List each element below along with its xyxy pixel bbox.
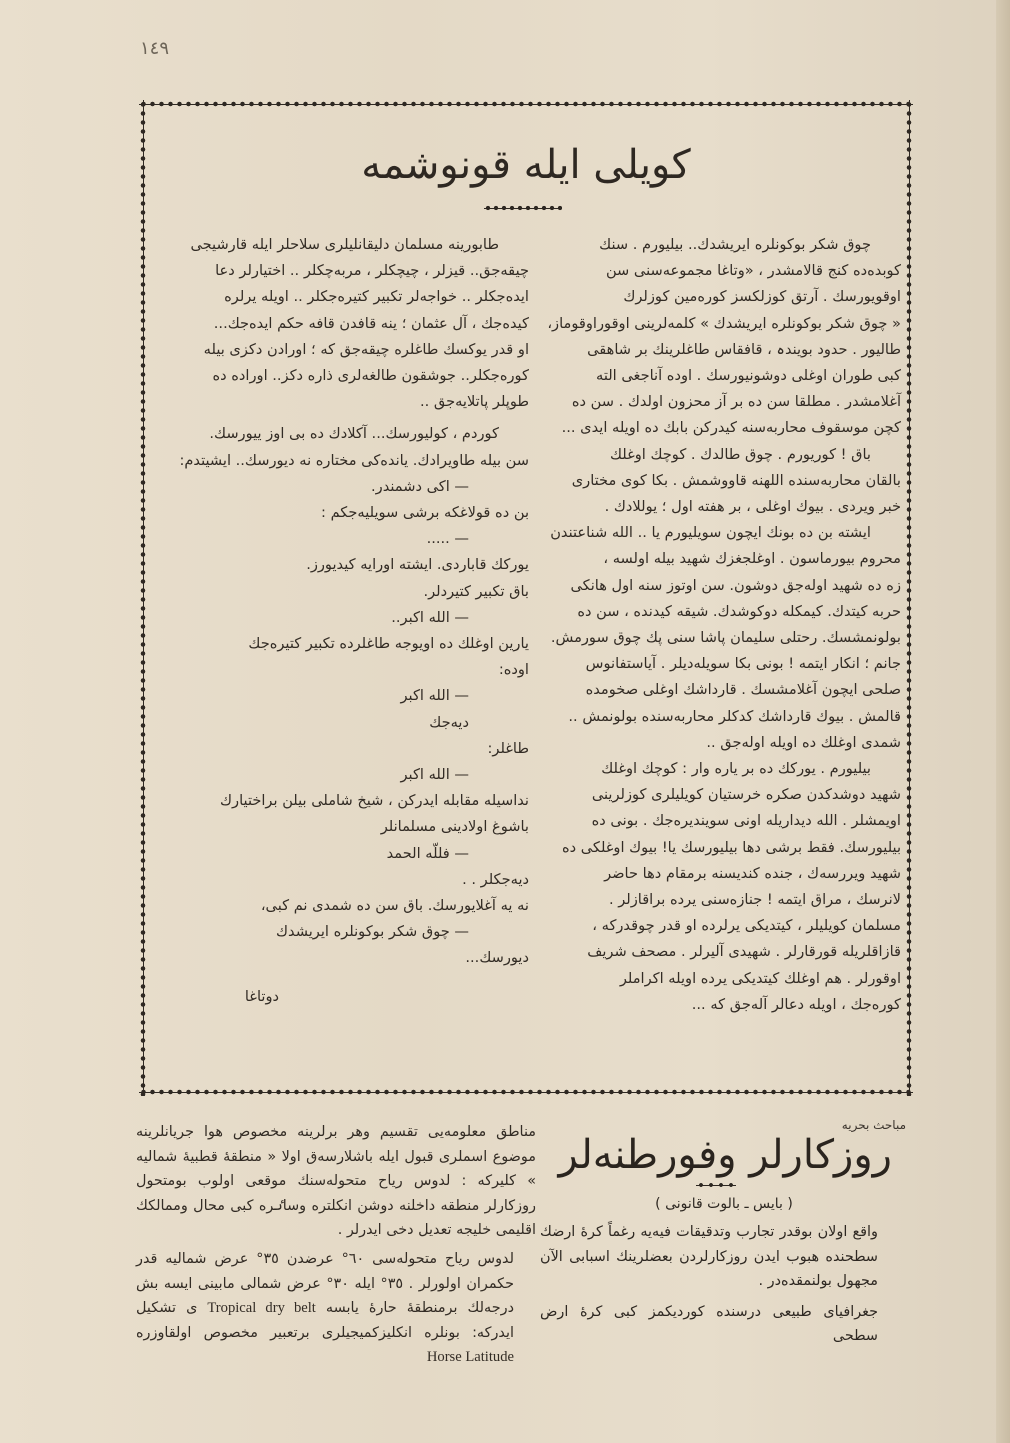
text-line: باشوغ اولادينی مسلمانلر	[173, 814, 529, 840]
dialog-line: — الله اکبر	[173, 683, 529, 709]
paragraph: واقع اولان بوقدر تجارب وتدقيقات فيه‌يه ر…	[540, 1220, 908, 1294]
text-line: طاغلر:	[173, 736, 529, 762]
text-line: ديه‌جکلر . .	[173, 867, 529, 893]
text-line: شهيد ويررسه‌ك ، جنده کنديسنه برمقام دها …	[546, 861, 901, 887]
text-line: نداسيله مقابله ايدرکن ، شيخ شاملی بيلن ب…	[173, 788, 529, 814]
text-line: ايشته بن ده بونك ايچون سويليورم يا .. ال…	[546, 520, 901, 546]
story-title: کويلی ايله قونوشمه	[139, 142, 913, 188]
text-line: زه ده شهيد اوله‌جق دوشون. سن اوتوز سنه ا…	[546, 573, 901, 599]
dialog-line: — چوق شکر بوکونلره ايريشدك	[173, 919, 529, 945]
text-line: ديه‌جك	[173, 710, 529, 736]
text-line: شهيد دوشدکدن صکره خرستيان کويليلری کوزلر…	[546, 782, 901, 808]
ornamental-border-left	[139, 100, 147, 1096]
text-line: کوردم ، کولیورسك... آکلادك ده بی اوز ييو…	[173, 421, 529, 447]
text-line: اويمشلر . الله ديداريله اونی سوينديره‌جك…	[546, 808, 901, 834]
title-ornament	[484, 205, 562, 211]
dialog-line: — .....	[173, 526, 529, 552]
text-line: باق تکبير کتيردلر.	[173, 579, 529, 605]
text-line: کوبده‌ده کنج قالامشدر ، «وتاغا مجموعه‌سن…	[546, 258, 901, 284]
text-line: بيليورسك. فقط برشی دها بيليورسك يا! بيوك…	[546, 835, 901, 861]
title-ornament	[696, 1182, 736, 1188]
text-line: طابورينه مسلمان دليقانليلری سلاحلر ايله …	[173, 232, 529, 258]
article-body: واقع اولان بوقدر تجارب وتدقيقات فيه‌يه ر…	[540, 1220, 908, 1349]
dialog-line: — الله اکبر	[173, 762, 529, 788]
text-line: قازاقلريله قورقارلر . شهيدی آلیرلر . مصح…	[546, 939, 901, 965]
text-line: سن بيله طاويرادك. يانده‌کی مختاره نه ديو…	[173, 448, 529, 474]
text-line: او قدر يوکسك طاغلره چيقه‌جق که ؛ اورادن …	[173, 337, 529, 363]
page-edge	[996, 0, 1010, 1443]
article-subtitle: ( بایس ـ بالوت قانونی )	[540, 1196, 908, 1212]
text-line: قالمش . بيوك قارداشك کدکلر محاربه‌سنده ب…	[546, 704, 901, 730]
text-line: کچن موسقوف محاربه‌سنه کيدرکن بابك ده اوي…	[546, 415, 901, 441]
text-line: باق ! کوريورم . چوق طالدك . کوچك اوغلك	[546, 442, 901, 468]
text-line: يورکك قاباردی. ايشته اورايه کيديورز.	[173, 552, 529, 578]
dialog-line: — اکی دشمندر.	[173, 474, 529, 500]
story-right-column: چوق شکر بوکونلره ايريشدك.. بيليورم . سنك…	[546, 232, 901, 1018]
text-line: آغلامشدر . مطلقا سن ده بر آز محزون اولدك…	[546, 389, 901, 415]
dialog-line: — الله اکبر..	[173, 605, 529, 631]
paragraph: مناطق معلومه‌يی تقسيم وهر برلرينه مخصوص …	[136, 1120, 536, 1243]
story-left-column: طابورينه مسلمان دليقانليلری سلاحلر ايله …	[173, 232, 529, 1010]
text-line: کبی طوران اوغلی دوشونيورسك . اوده آناجغی…	[546, 363, 901, 389]
text-line: بيليورم . يوركك ده بر ياره وار : کوچك او…	[546, 756, 901, 782]
text-line: چوق شکر بوکونلره ايريشدك.. بيليورم . سنك	[546, 232, 901, 258]
text-line: لانرسك ، مراق ایتمه ! جنازه‌سنی يرده برا…	[546, 887, 901, 913]
story-frame: کويلی ايله قونوشمه چوق شکر بوکونلره ايري…	[139, 100, 913, 1096]
paragraph: جغرافيای طبيعی درسنده کورديکمز کبی کرهٔ …	[540, 1300, 908, 1349]
text-line: بن ده قولاغکه برشی سويليه‌جکم :	[173, 500, 529, 526]
text-line: نه يه آغلايورسك. باق سن ده شمدی نم کبی،	[173, 893, 529, 919]
page-number: ١٤٩	[140, 38, 169, 59]
text-line: بالقان محاربه‌سنده اللهنه قاووشمش . بکا …	[546, 468, 901, 494]
text-line: شمدی اوغلك ده اويله اوله‌جق ..	[546, 730, 901, 756]
text-line: خبر ويردی . بيوك اوغلی ، بر هفته اول ؛ ي…	[546, 494, 901, 520]
text-line: اوده:	[173, 657, 529, 683]
text-line: بولونمشسك. رحتلی سليمان پاشا سنی پك چوق …	[546, 625, 901, 651]
article-continued: مناطق معلومه‌يی تقسيم وهر برلرينه مخصوص …	[136, 1120, 536, 1370]
text-line: حربه کيتدك. کيمکله دوکوشدك. شيقه کيدنده …	[546, 599, 901, 625]
ornamental-border-top	[139, 100, 913, 108]
dialog-line: — فللّه الحمد	[173, 841, 529, 867]
text-line: صلحی ايچون آغلامشسك . قارداشك اوغلی صخوم…	[546, 677, 901, 703]
text-line: جانم ؛ انکار ایتمه ! بونی بکا سويله‌ديلر…	[546, 651, 901, 677]
article-title: روزکارلر وفورطنه‌لر	[540, 1132, 908, 1178]
paragraph: لدوس رياح متحوله‌سی ٦٠° عرضدن ٣٥° عرض شم…	[136, 1247, 536, 1370]
text-line: يارين اوغلك ده اويوجه طاغلرده تکبير کتير…	[173, 631, 529, 657]
text-line: کيده‌جك ، آل عثمان ؛ ينه قافدن قافه حکم …	[173, 311, 529, 337]
text-line: کوره‌جکلر.. جوشقون طالغه‌لری ذاره دکز.. …	[173, 363, 529, 389]
text-line: اوقويورسك . آرتق کوزلکسز کوره‌مين کوزلرك	[546, 284, 901, 310]
text-line: اوقورلر . هم اوغلك کيتديکی يرده اويله اک…	[546, 966, 901, 992]
text-line: طالیور . حدود بویندہ ، قافقاس طاغلرينك ب…	[546, 337, 901, 363]
article-section: مباحث بحريه روزکارلر وفورطنه‌لر ( بایس ـ…	[540, 1118, 908, 1349]
text-line: طوپلر پاتلايه‌جق ..	[173, 389, 529, 415]
text-line: چيقه‌جق.. قيزلر ، چيچکلر ، مربه‌چکلر .. …	[173, 258, 529, 284]
text-line: « چوق شکر بوکونلره ايريشدك » کلمه‌لرينی …	[546, 311, 901, 337]
text-line: ديورسك...	[173, 945, 529, 971]
text-line: مسلمان کويليلر ، کيتديکی يرلرده او قدر چ…	[546, 913, 901, 939]
author-signature: دوتاغا	[173, 984, 529, 1010]
ornamental-border-right	[905, 100, 913, 1096]
text-line: محروم بيورماسون . اوغلجغزك شهيد بيله اول…	[546, 546, 901, 572]
ornamental-border-bottom	[139, 1088, 913, 1096]
text-line: کوره‌جك ، اويله دعالر آله‌جق که ...	[546, 992, 901, 1018]
section-label: مباحث بحريه	[540, 1118, 908, 1132]
text-line: ايده‌جکلر .. خواجه‌لر تکبير کتيره‌جکلر .…	[173, 284, 529, 310]
latin-term: Tropical dry belt	[207, 1300, 315, 1316]
latin-term: Horse Latitude	[427, 1349, 514, 1365]
